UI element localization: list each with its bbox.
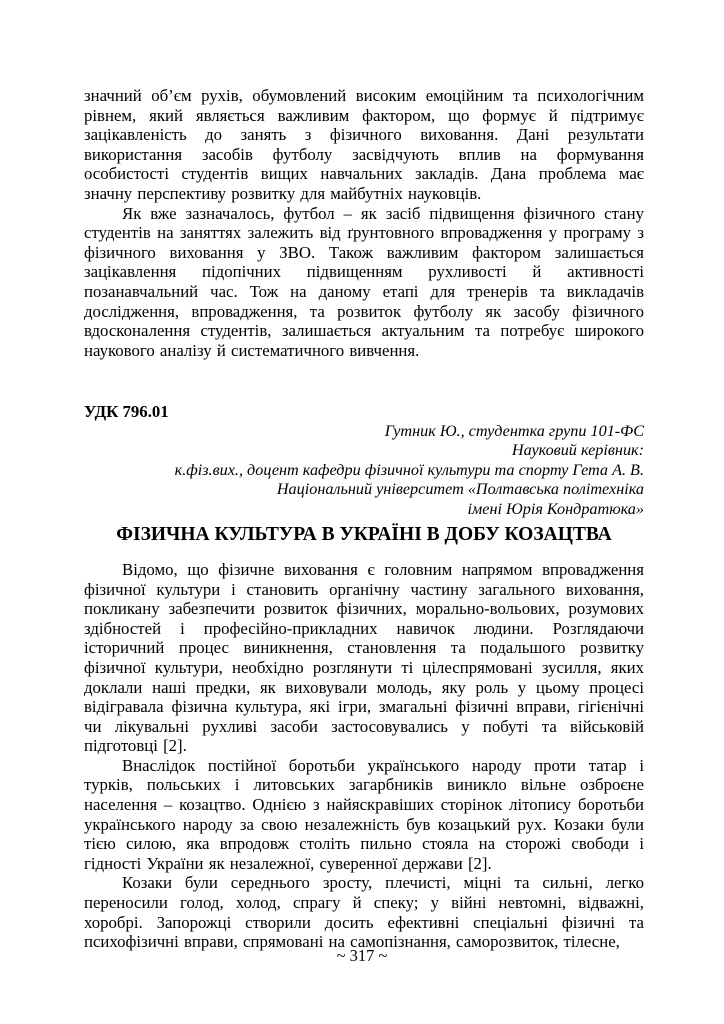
page-number: ~ 317 ~ [0,946,724,966]
document-page: значний об’єм рухів, обумовлений високим… [0,0,724,1024]
article-title: ФІЗИЧНА КУЛЬТУРА В УКРАЇНІ В ДОБУ КОЗАЦТ… [84,523,644,547]
author-block: Гутник Ю., студентка групи 101-ФС Науков… [84,422,644,519]
udc-code: УДК 796.01 [84,402,644,422]
supervisor-label: Науковий керівник: [84,441,644,460]
paragraph: Козаки були середнього зросту, плечисті,… [84,873,644,951]
university-line: Національний університет «Полтавська пол… [84,480,644,499]
supervisor-line: к.фіз.вих., доцент кафедри фізичної куль… [84,461,644,480]
text-column: значний об’єм рухів, обумовлений високим… [84,86,644,952]
university-line-2: імені Юрія Кондратюка» [84,500,644,519]
author-line: Гутник Ю., студентка групи 101-ФС [84,422,644,441]
paragraph: Внаслідок постійної боротьби українськог… [84,756,644,874]
paragraph: Відомо, що фізичне виховання є головним … [84,560,644,756]
paragraph-continuation: значний об’єм рухів, обумовлений високим… [84,86,644,204]
paragraph: Як вже зазначалось, футбол – як засіб пі… [84,204,644,361]
